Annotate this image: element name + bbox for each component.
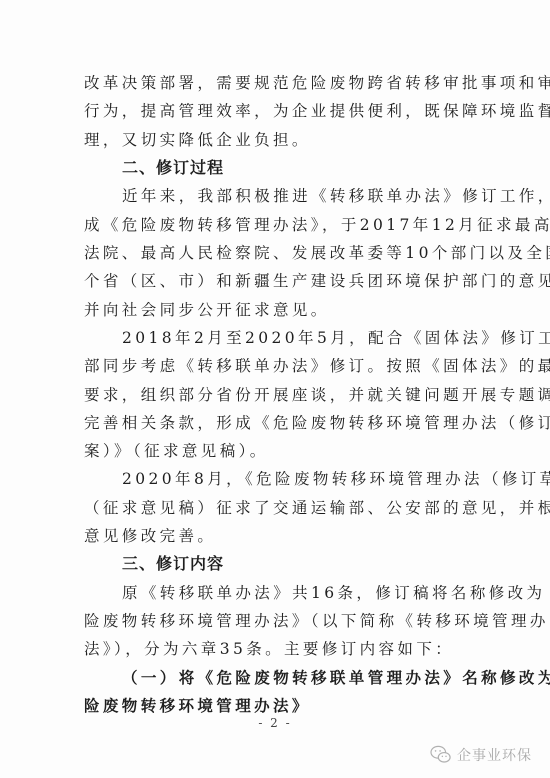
page-number: - 2 -	[0, 716, 550, 730]
text-line: （征求意见稿）征求了交通运输部、公安部的意见，并根据	[84, 494, 468, 522]
text-line: 2020年8月，《危险废物转移环境管理办法（修订草案）》	[122, 465, 468, 493]
text-line: 要求，组织部分省份开展座谈，并就关键问题开展专题调研，	[84, 381, 468, 409]
text-line: 并向社会同步公开征求意见。	[84, 296, 468, 324]
text-line: 2018年2月至2020年5月，配合《固体法》修订工作，我	[122, 324, 468, 352]
text-line: 行为，提高管理效率，为企业提供便利，既保障环境监督管	[84, 97, 468, 125]
text-line: 完善相关条款，形成《危险废物转移环境管理办法（修订草	[84, 409, 468, 437]
watermark: 企事业环保	[430, 744, 532, 766]
text-line: 部同步考虑《转移联单办法》修订。按照《固体法》的最新	[84, 352, 468, 380]
text-line: 法》），分为六章35条。主要修订内容如下：	[84, 635, 468, 663]
document-page: 改革决策部署，需要规范危险废物跨省转移审批事项和审批行为，提高管理效率，为企业提…	[0, 0, 550, 778]
watermark-text: 企事业环保	[457, 745, 532, 765]
section-heading: 三、修订内容	[122, 550, 506, 578]
text-line: 理，又切实降低企业负担。	[84, 126, 468, 154]
text-line: 个省（区、市）和新疆生产建设兵团环境保护部门的意见，	[84, 267, 468, 295]
text-line: 改革决策部署，需要规范危险废物跨省转移审批事项和审批	[84, 69, 468, 97]
text-line: 法院、最高人民检察院、发展改革委等10个部门以及全国31	[84, 239, 468, 267]
text-line: 意见修改完善。	[84, 522, 468, 550]
text-line: （一）将《危险废物转移联单管理办法》名称修改为《危	[122, 664, 468, 692]
text-line: 近年来，我部积极推进《转移联单办法》修订工作，形	[122, 182, 468, 210]
text-line: 险废物转移环境管理办法》（以下简称《转移环境管理办	[84, 607, 468, 635]
section-heading: 二、修订过程	[122, 154, 506, 182]
wechat-icon	[430, 745, 452, 765]
text-line: 成《危险废物转移管理办法》，于2017年12月征求最高人民	[84, 211, 468, 239]
text-line: 案）》（征求意见稿）。	[84, 437, 468, 465]
text-line: 原《转移联单办法》共16条，修订稿将名称修改为《危	[122, 579, 468, 607]
